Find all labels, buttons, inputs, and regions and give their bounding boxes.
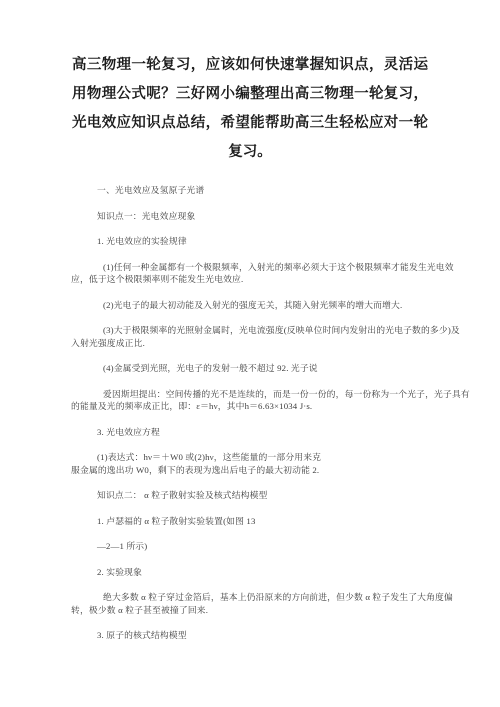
body-line: (1)表达式：hν＝＋W0 或(2)hν，这些能量的一部分用来克 — [71, 451, 440, 464]
body-line: —2—1 所示) — [71, 540, 440, 553]
body-line: 应，低于这个极限频率则不能发生光电效应. — [71, 273, 440, 286]
body-line: 服金属的逸出功 W0，剩下的表现为逸出后电子的最大初动能 2. — [71, 464, 440, 477]
body-line: (4)金属受到光照，光电子的发射一般不超过 92. 光子说 — [71, 362, 440, 375]
article-body: 一、光电效应及氢原子光谱 知识点一：光电效应现象 1. 光电效应的实验规律 (1… — [0, 167, 500, 642]
section-heading: 知识点一：光电效应现象 — [71, 210, 440, 223]
body-line: (2)光电子的最大初动能及入射光的强度无关，其随入射光频率的增大而增大. — [71, 299, 440, 312]
body-line: (3)大于极限频率的光照射金属时，光电流强度(反映单位时间内发射出的光电子数的多… — [71, 324, 440, 337]
body-line: 的能量及光的频率成正比，即：ε＝hν，其中h＝6.63×1034 J·s. — [71, 400, 440, 413]
body-line: (1)任何一种金属都有一个极限频率，入射光的频率必须大于这个极限频率才能发生光电… — [71, 261, 440, 274]
section-heading: 1. 光电效应的实验规律 — [71, 235, 440, 248]
body-line: 绝大多数 α 粒子穿过金箔后，基本上仍沿原来的方向前进，但少数 α 粒子发生了大… — [71, 591, 440, 604]
body-line: 1. 卢瑟福的 α 粒子散射实验装置(如图 13 — [71, 515, 440, 528]
document-page: 高三物理一轮复习，应该如何快速掌握知识点，灵活运 用物理公式呢？三好网小编整理出… — [0, 0, 500, 707]
title-line: 光电效应知识点总结，希望能帮助高三生轻松应对一轮 — [72, 109, 428, 138]
section-heading: 3. 原子的核式结构模型 — [71, 629, 440, 642]
section-heading: 知识点二： α 粒子散射实验及核式结构模型 — [71, 489, 440, 502]
section-heading: 3. 光电效应方程 — [71, 426, 440, 439]
body-line: 入射光强度成正比. — [71, 337, 440, 350]
section-heading: 一、光电效应及氢原子光谱 — [71, 184, 440, 197]
title-line: 高三物理一轮复习，应该如何快速掌握知识点，灵活运 — [72, 51, 428, 80]
title-line: 用物理公式呢？三好网小编整理出高三物理一轮复习， — [72, 80, 428, 109]
article-title: 高三物理一轮复习，应该如何快速掌握知识点，灵活运 用物理公式呢？三好网小编整理出… — [0, 0, 500, 167]
title-line: 复习。 — [72, 138, 428, 167]
body-line: 转，极少数 α 粒子甚至被撞了回来. — [71, 604, 440, 617]
section-heading: 2. 实验现象 — [71, 566, 440, 579]
body-line: 爱因斯坦提出：空间传播的光不是连续的，而是一份一份的，每一份称为一个光子，光子具… — [71, 388, 440, 401]
